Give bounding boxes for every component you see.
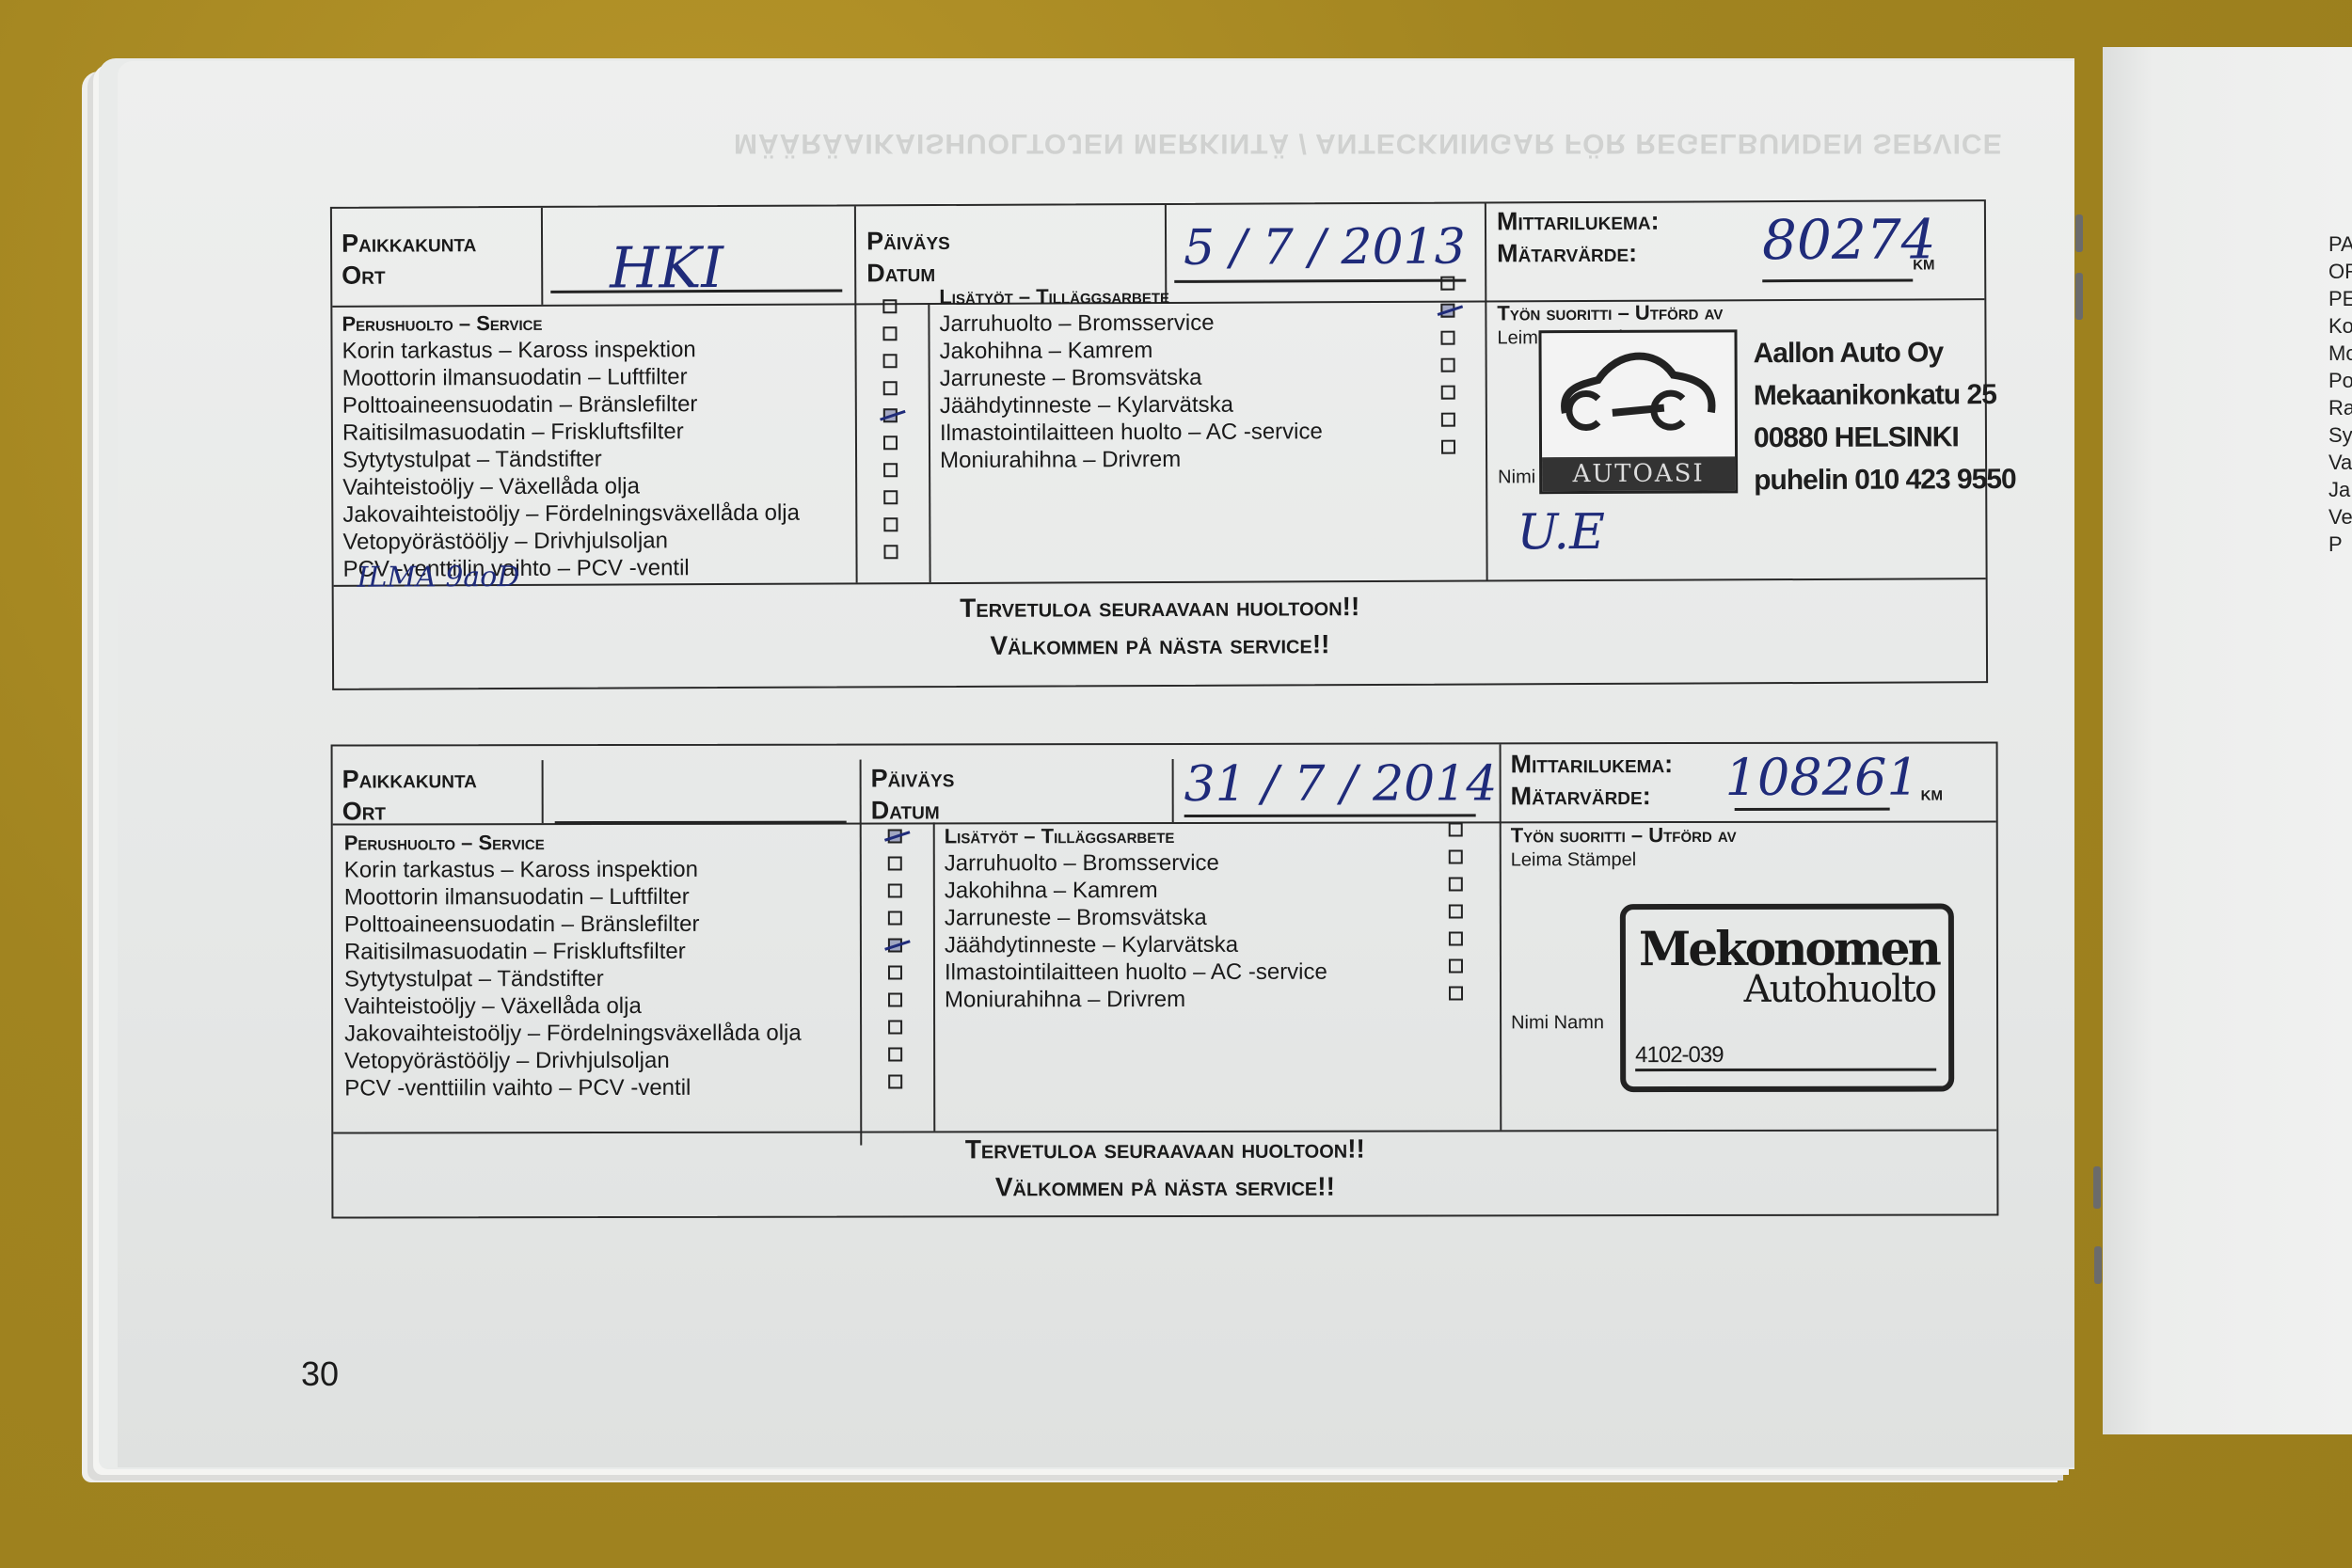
odometer-label-fi: Mittarilukema: bbox=[1497, 205, 1660, 238]
fragment-line: Va bbox=[2328, 449, 2352, 476]
service-checkbox[interactable] bbox=[1449, 986, 1463, 1000]
fragment-line: Sy bbox=[2328, 421, 2352, 449]
list-item: Vetopyörästöölјy – Drivhjulsoljan bbox=[344, 1047, 802, 1075]
basic-service-title: Perushuolto – Service bbox=[342, 309, 799, 338]
handwritten-note: ILMA 9aoD bbox=[358, 561, 520, 594]
service-checkbox[interactable] bbox=[888, 856, 902, 870]
date-label: Päiväys Datum bbox=[866, 225, 950, 289]
performed-by-label: Työn suoritti – Utförd av bbox=[1511, 823, 1737, 847]
service-checkbox[interactable] bbox=[1449, 877, 1463, 891]
right-page: PA OR PE Ko Mo Po Ra Sy Va Ja Ve P bbox=[2103, 47, 2352, 1434]
name-label: Nimi Namn bbox=[1511, 1012, 1604, 1034]
list-item: Polttoaineensuodatin – Bränslefilter bbox=[344, 911, 802, 939]
service-checkbox[interactable] bbox=[888, 992, 902, 1006]
service-checkbox[interactable] bbox=[1449, 904, 1463, 918]
list-item: Vetopyörästöölјy – Drivhjulsoljan bbox=[342, 527, 800, 556]
odometer-label: Mittarilukema: Mätarvärde: bbox=[1497, 205, 1660, 270]
workshop-street: Mekaanikonkatu 25 bbox=[1754, 373, 2016, 417]
stamp-subtitle: Autohuolto bbox=[1744, 968, 1935, 1011]
autoasi-band: AUTOASI bbox=[1542, 456, 1735, 491]
date-value[interactable]: 31 / 7 / 2014 bbox=[1184, 755, 1498, 813]
fragment-line: P bbox=[2328, 531, 2352, 558]
staple-icon bbox=[2093, 1166, 2101, 1209]
place-label-fi: Paikkakunta bbox=[342, 227, 476, 260]
page-number: 30 bbox=[301, 1354, 339, 1394]
service-checkbox[interactable] bbox=[883, 517, 898, 531]
basic-service-list: Perushuolto – Service Korin tarkastus – … bbox=[342, 309, 800, 583]
list-item: Jakohihna – Kamrem bbox=[945, 877, 1327, 905]
date-label-fi: Päiväys bbox=[871, 762, 955, 794]
list-item: Raitisilmasuodatin – Friskluftsfilter bbox=[344, 938, 802, 966]
service-checkbox[interactable] bbox=[888, 829, 902, 843]
additional-work-list: Lisätyöt – Tilläggsarbete Jarruhuolto – … bbox=[939, 281, 1323, 474]
service-checkbox[interactable] bbox=[883, 381, 898, 395]
place-label-sv: Ort bbox=[342, 259, 476, 292]
service-checkbox[interactable] bbox=[888, 883, 902, 897]
list-item: PCV -venttiilin vaihto – PCV -ventil bbox=[344, 1074, 802, 1102]
list-item: Jarruhuolto – Bromsservice bbox=[939, 309, 1322, 338]
list-item: Korin tarkastus – Kaross inspektion bbox=[344, 856, 802, 884]
autoasi-logo-stamp: AUTOASI bbox=[1538, 329, 1738, 494]
service-checkbox[interactable] bbox=[883, 545, 898, 559]
workshop-phone: puhelin 010 423 9550 bbox=[1754, 458, 2016, 501]
odometer-value[interactable]: 108261 bbox=[1725, 748, 1919, 807]
date-label: Päiväys Datum bbox=[871, 762, 955, 826]
list-item: Jakovaihteistoöljy – Fördelningsväxellåd… bbox=[342, 499, 800, 529]
list-item: Jakovaihteistoöljy – Fördelningsväxellåd… bbox=[344, 1020, 802, 1048]
km-unit: km bbox=[1921, 782, 1943, 806]
basic-checkbox-column bbox=[882, 293, 898, 565]
service-checkbox[interactable] bbox=[883, 408, 898, 422]
service-checkbox[interactable] bbox=[883, 354, 898, 368]
place-label-fi: Paikkakunta bbox=[342, 763, 477, 795]
service-checkbox[interactable] bbox=[883, 490, 898, 504]
additional-work-title: Lisätyöt – Tilläggsarbete bbox=[939, 281, 1322, 310]
odometer-value[interactable]: 80274 bbox=[1762, 207, 1936, 272]
service-checkbox[interactable] bbox=[1441, 386, 1455, 400]
service-checkbox[interactable] bbox=[1449, 822, 1463, 836]
service-checkbox[interactable] bbox=[888, 965, 902, 979]
list-item: Jäähdytinneste – Kylarvätska bbox=[945, 931, 1327, 959]
service-checkbox[interactable] bbox=[1449, 849, 1463, 863]
list-item: Polttoaineensuodatin – Bränslefilter bbox=[342, 390, 800, 420]
bleed-text: MÄÄRÄAIKAISHUOLTOJEN MERKINTÄ / ANTECKNI… bbox=[734, 127, 2003, 159]
welcome-sv: Välkommen på nästa service!! bbox=[334, 623, 1986, 668]
service-checkbox[interactable] bbox=[883, 436, 898, 450]
stamp-code: 4102-039 bbox=[1635, 1042, 1936, 1072]
service-checkbox[interactable] bbox=[888, 1020, 902, 1034]
fragment-line: OR bbox=[2328, 258, 2352, 285]
workshop-city: 00880 HELSINKI bbox=[1754, 416, 2016, 459]
service-checkbox[interactable] bbox=[1449, 931, 1463, 945]
odometer-label: Mittarilukema: Mätarvärde: bbox=[1511, 748, 1674, 812]
list-item: Jarruneste – Bromsvätska bbox=[940, 363, 1323, 392]
right-page-fragment: PA OR PE Ko Mo Po Ra Sy Va Ja Ve P bbox=[2328, 230, 2352, 558]
place-label-sv: Ort bbox=[342, 795, 477, 827]
date-label-sv: Datum bbox=[871, 794, 955, 826]
service-checkbox[interactable] bbox=[883, 463, 898, 477]
list-item: Moottorin ilmansuodatin – Luftfilter bbox=[344, 883, 802, 911]
basic-checkbox-column bbox=[888, 822, 903, 1095]
list-item: Jarruhuolto – Bromsservice bbox=[945, 849, 1327, 878]
performed-by-label: Työn suoritti – Utförd av bbox=[1497, 300, 1723, 325]
workshop-address-stamp: Aallon Auto Oy Mekaanikonkatu 25 00880 H… bbox=[1753, 331, 2015, 501]
service-checkbox[interactable] bbox=[882, 299, 897, 313]
welcome-fi: Tervetuloa seuraavaan huoltoon!! bbox=[333, 1129, 1996, 1169]
list-item: Sytytystulpat – Tändstifter bbox=[342, 445, 800, 474]
extra-checkbox-column bbox=[1440, 270, 1455, 461]
date-value[interactable]: 5 / 7 / 2013 bbox=[1184, 219, 1466, 277]
list-item: Moniurahihna – Drivrem bbox=[945, 986, 1327, 1014]
service-entry-2: Paikkakunta Ort Päiväys Datum 31 / 7 / 2… bbox=[331, 741, 1999, 1218]
service-checkbox[interactable] bbox=[888, 1074, 902, 1088]
date-label-fi: Päiväys bbox=[866, 225, 950, 257]
km-unit: km bbox=[1913, 250, 1934, 275]
service-checkbox[interactable] bbox=[1440, 331, 1454, 345]
stamp-label: Leima Stämpel bbox=[1511, 849, 1636, 871]
staple-icon bbox=[2094, 1246, 2102, 1284]
fragment-line: Ra bbox=[2328, 394, 2352, 421]
list-item: Ilmastointilaitteen huolto – AC -service bbox=[940, 418, 1323, 447]
place-label: Paikkakunta Ort bbox=[342, 227, 477, 292]
signature: U.E bbox=[1517, 504, 1605, 561]
additional-work-title: Lisätyöt – Tilläggsarbete bbox=[945, 822, 1327, 850]
place-label: Paikkakunta Ort bbox=[342, 763, 477, 827]
odometer-label-sv: Mätarvärde: bbox=[1511, 780, 1674, 812]
odometer-label-sv: Mätarvärde: bbox=[1497, 237, 1660, 270]
list-item: Jakohihna – Kamrem bbox=[940, 336, 1323, 365]
fragment-line: PE bbox=[2328, 285, 2352, 312]
list-item: Korin tarkastus – Kaross inspektion bbox=[342, 336, 799, 365]
fragment-line: Ve bbox=[2328, 503, 2352, 531]
service-checkbox[interactable] bbox=[1440, 277, 1454, 291]
fragment-line: Po bbox=[2328, 367, 2352, 394]
service-checkbox[interactable] bbox=[1441, 358, 1455, 372]
service-checkbox[interactable] bbox=[1441, 413, 1455, 427]
service-checkbox[interactable] bbox=[1440, 304, 1454, 318]
staple-icon bbox=[2075, 273, 2083, 320]
fragment-line: PA bbox=[2328, 230, 2352, 258]
fragment-line: Ja bbox=[2328, 476, 2352, 503]
list-item: Moottorin ilmansuodatin – Luftfilter bbox=[342, 363, 800, 392]
service-entry-1: Paikkakunta Ort HKI Päiväys Datum 5 / 7 … bbox=[330, 199, 1988, 690]
list-item: Moniurahihna – Drivrem bbox=[940, 445, 1323, 474]
list-item: Sytytystulpat – Tändstifter bbox=[344, 965, 802, 993]
welcome-sv: Välkommen på nästa service!! bbox=[333, 1166, 1996, 1207]
date-label-sv: Datum bbox=[866, 257, 950, 289]
basic-service-title: Perushuolto – Service bbox=[344, 829, 802, 857]
service-checkbox[interactable] bbox=[882, 326, 897, 341]
fragment-line: Mo bbox=[2328, 340, 2352, 367]
list-item: Ilmastointilaitteen huolto – AC -service bbox=[945, 958, 1327, 987]
service-checkbox[interactable] bbox=[1441, 440, 1455, 454]
service-checkbox[interactable] bbox=[1449, 958, 1463, 973]
service-checkbox[interactable] bbox=[888, 938, 902, 952]
odometer-label-fi: Mittarilukema: bbox=[1511, 748, 1674, 780]
car-icon bbox=[1541, 332, 1735, 455]
workshop-name: Aallon Auto Oy bbox=[1753, 331, 2015, 374]
additional-work-list: Lisätyöt – Tilläggsarbete Jarruhuolto – … bbox=[945, 822, 1327, 1014]
welcome-message: Tervetuloa seuraavaan huoltoon!! Välkomm… bbox=[334, 585, 1986, 668]
bleed-through-header: MÄÄRÄAIKAISHUOLTOJEN MERKINTÄ / ANTECKNI… bbox=[734, 127, 2003, 159]
list-item: Vaihteistoöljy – Växellåda olja bbox=[344, 992, 802, 1021]
fragment-line: Ko bbox=[2328, 312, 2352, 340]
service-checkbox[interactable] bbox=[888, 911, 902, 925]
list-item: Vaihteistoöljy – Växellåda olja bbox=[342, 472, 800, 501]
welcome-message: Tervetuloa seuraavaan huoltoon!! Välkomm… bbox=[333, 1129, 1996, 1207]
mekonomen-stamp: Mekonomen Autohuolto 4102-039 bbox=[1620, 904, 1954, 1093]
extra-checkbox-column bbox=[1449, 816, 1463, 1006]
staple-icon bbox=[2075, 214, 2083, 252]
list-item: Jarruneste – Bromsvätska bbox=[945, 904, 1327, 932]
place-value[interactable]: HKI bbox=[610, 235, 723, 302]
list-item: Jäähdytinneste – Kylarvätska bbox=[940, 390, 1323, 420]
list-item: Raitisilmasuodatin – Friskluftsfilter bbox=[342, 418, 800, 447]
service-checkbox[interactable] bbox=[888, 1047, 902, 1061]
basic-service-list: Perushuolto – Service Korin tarkastus – … bbox=[344, 829, 802, 1102]
